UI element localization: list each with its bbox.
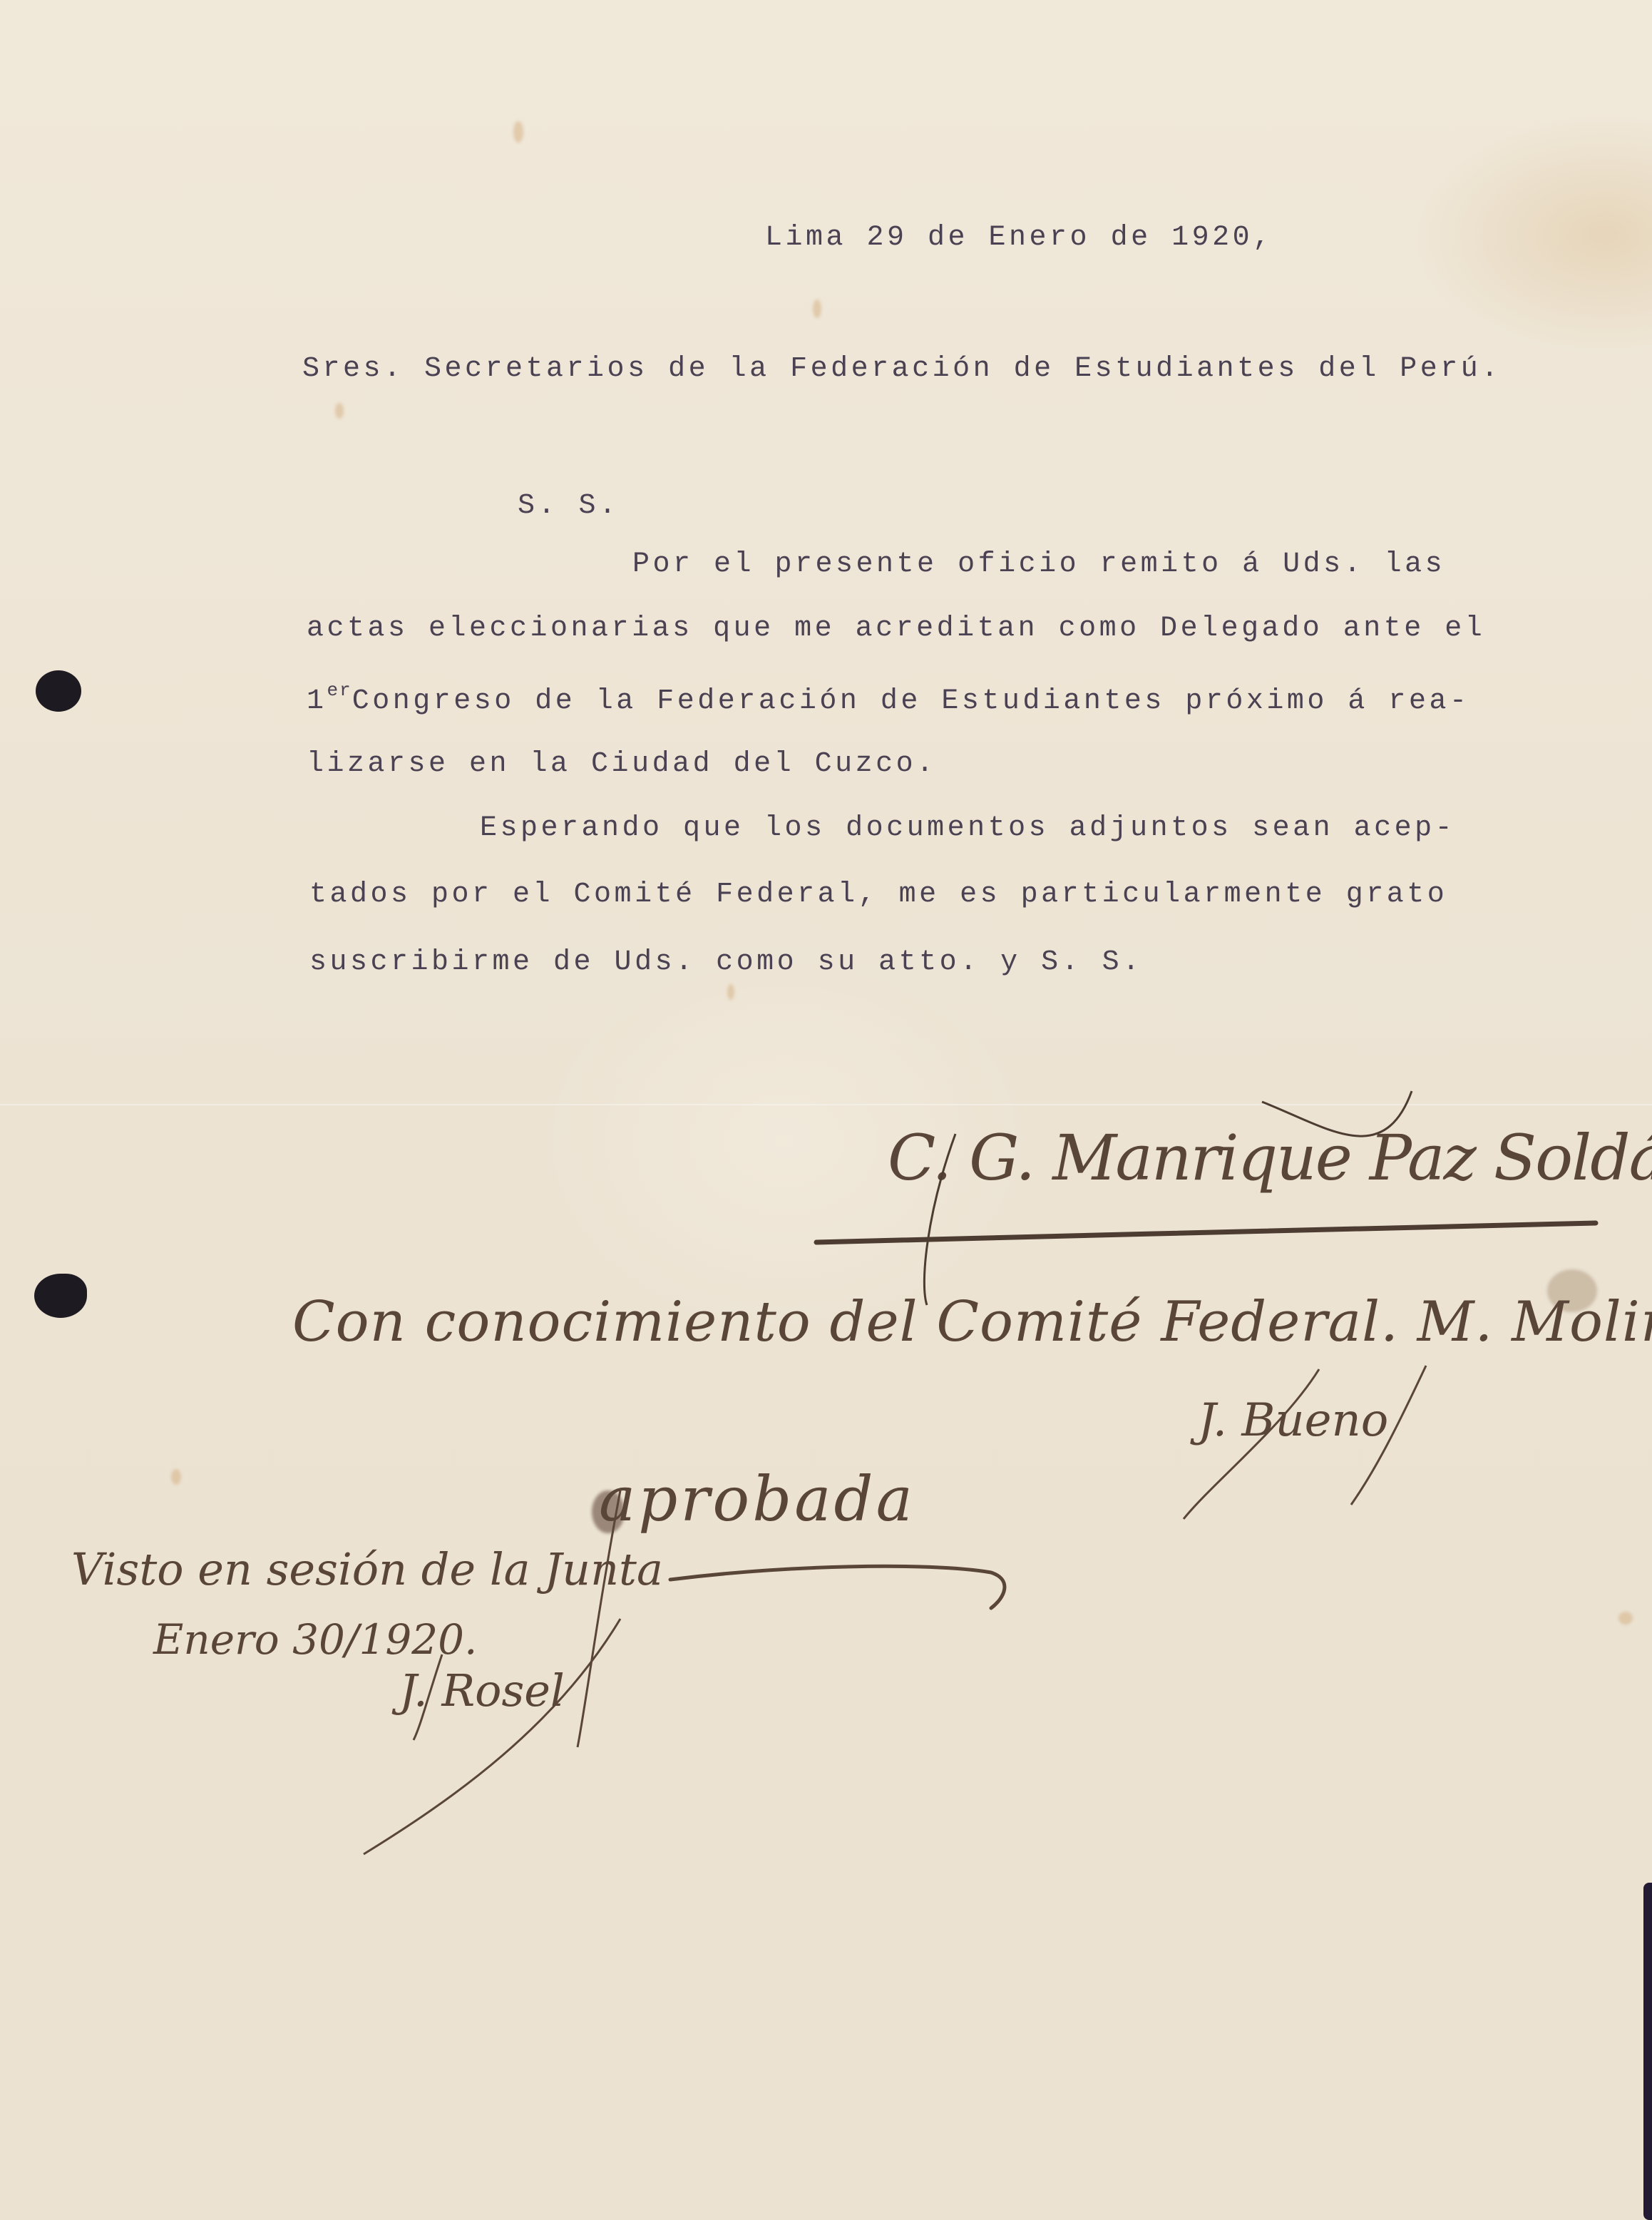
page-edge-shadow bbox=[1643, 1883, 1652, 2220]
body-line-4: lizarse en la Ciudad del Cuzco. bbox=[307, 750, 937, 779]
ordinal-superscript: er bbox=[327, 680, 352, 701]
addressee-line: Sres. Secretarios de la Federación de Es… bbox=[302, 355, 1502, 384]
annotation-initials-2: J. Rosel bbox=[399, 1669, 565, 1713]
body-line-6: tados por el Comité Federal, me es parti… bbox=[309, 881, 1447, 909]
annotation-approved: aprobada bbox=[599, 1469, 915, 1530]
signature: C. G. Manrique Paz Soldán bbox=[888, 1127, 1652, 1190]
annotation-initials-1: J. Bueno bbox=[1198, 1398, 1388, 1443]
paper-background bbox=[0, 0, 1652, 2220]
foxing-stain bbox=[1618, 1612, 1633, 1625]
punch-hole bbox=[34, 1274, 87, 1318]
foxing-stain bbox=[727, 984, 734, 1000]
foxing-stain bbox=[171, 1469, 181, 1485]
annotation-session-date: Enero 30/1920. bbox=[153, 1619, 477, 1660]
annotation-session-line-1: Visto en sesión de la Junta bbox=[71, 1548, 663, 1592]
fold-crease bbox=[0, 1104, 1652, 1105]
punch-hole bbox=[36, 670, 81, 712]
body-line-3: 1erCongreso de la Federación de Estudian… bbox=[307, 681, 1469, 716]
body-line-5: Esperando que los documentos adjuntos se… bbox=[480, 814, 1455, 843]
annotation-comite: Con conocimiento del Comité Federal. M. … bbox=[292, 1294, 1652, 1350]
foxing-stain bbox=[335, 403, 344, 419]
body-line-7: suscribirme de Uds. como su atto. y S. S… bbox=[309, 948, 1143, 977]
body-line-3-text: Congreso de la Federación de Estudiantes… bbox=[352, 685, 1470, 717]
foxing-stain bbox=[813, 300, 821, 318]
date-line: Lima 29 de Enero de 1920, bbox=[765, 224, 1273, 252]
ordinal-number: 1 bbox=[307, 685, 327, 717]
body-line-1: Por el presente oficio remito á Uds. las bbox=[632, 551, 1445, 579]
salutation: S. S. bbox=[518, 492, 620, 521]
foxing-stain bbox=[513, 121, 523, 143]
body-line-2: actas eleccionarias que me acreditan com… bbox=[307, 615, 1485, 643]
